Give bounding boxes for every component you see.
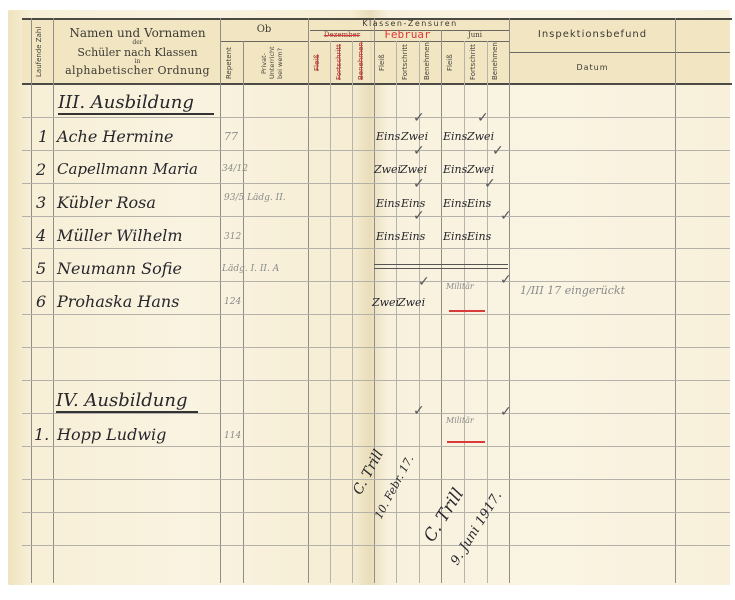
row-rule bbox=[22, 150, 730, 151]
ob-value: 114 bbox=[224, 431, 241, 441]
row-rule bbox=[22, 314, 730, 315]
grade-jun-fleiss: Eins bbox=[443, 230, 467, 243]
row-rule bbox=[22, 545, 730, 546]
militaer-note: Militär bbox=[446, 282, 474, 291]
col-line bbox=[243, 41, 244, 583]
col-line bbox=[396, 41, 397, 583]
grade-feb-fleiss: Zwei bbox=[374, 163, 401, 176]
check-icon: ✓ bbox=[418, 274, 430, 290]
header-jun-fleiss: Fleiß bbox=[446, 46, 460, 80]
row-rule bbox=[22, 248, 730, 249]
row-number: 4 bbox=[36, 226, 46, 245]
col-line bbox=[31, 18, 32, 583]
col-line bbox=[509, 18, 510, 583]
row-number: 3 bbox=[36, 193, 46, 212]
ob-value: Lädg. I. II. A bbox=[222, 264, 279, 274]
double-rule bbox=[374, 268, 508, 269]
col-line bbox=[308, 18, 309, 583]
row-rule bbox=[22, 347, 730, 348]
student-name: Müller Wilhelm bbox=[57, 226, 183, 245]
row-rule bbox=[22, 380, 730, 381]
check-icon: ✓ bbox=[477, 110, 489, 126]
militaer-note: Militär bbox=[446, 416, 474, 425]
row-number: 1. bbox=[34, 425, 49, 444]
header-dez-fleiss: Fleiß bbox=[313, 46, 327, 80]
header-ob: Ob bbox=[220, 25, 308, 36]
ob-value: 124 bbox=[224, 297, 241, 307]
grade-feb-fleiss: Eins bbox=[376, 130, 400, 143]
row-number: 6 bbox=[36, 292, 46, 311]
header-inspektionsbefund: Inspektionsbefund bbox=[510, 30, 675, 41]
grade-jun-fleiss: Eins bbox=[443, 130, 467, 143]
header-jun-fortschritt: Fortschritt bbox=[469, 46, 483, 80]
grade-feb-fortschritt: Zwei bbox=[401, 130, 428, 143]
header-laufende-zahl: Laufende Zahl bbox=[35, 24, 49, 80]
row-rule bbox=[22, 216, 730, 217]
header-dez-fortschritt: Fortschritt bbox=[335, 46, 349, 80]
red-underline bbox=[447, 441, 485, 443]
header-dez-benehmen: Benehmen bbox=[357, 46, 371, 80]
row-rule bbox=[22, 183, 730, 184]
grade-jun-fortschritt: Zwei bbox=[467, 130, 494, 143]
header-feb-benehmen: Benehmen bbox=[423, 46, 437, 80]
header-datum: Datum bbox=[510, 64, 675, 72]
header-month-februar-stamp: Februar bbox=[374, 29, 441, 41]
red-underline bbox=[449, 310, 485, 312]
ob-value: 34/12 bbox=[222, 164, 248, 174]
col-line bbox=[352, 41, 353, 583]
grade-feb-fleiss: Eins bbox=[376, 230, 400, 243]
double-rule bbox=[374, 264, 508, 265]
student-name: Ache Hermine bbox=[57, 127, 174, 146]
grade-feb-fortschritt: Zwei bbox=[400, 163, 427, 176]
row-rule bbox=[22, 479, 730, 480]
grade-jun-fleiss: Eins bbox=[443, 163, 467, 176]
row-rule bbox=[22, 281, 730, 282]
student-name: Kübler Rosa bbox=[57, 193, 156, 212]
grade-jun-fortschritt: Eins bbox=[467, 230, 491, 243]
student-name: Hopp Ludwig bbox=[57, 425, 166, 444]
row-rule bbox=[22, 446, 730, 447]
ob-value: 93/5 Lädg. II. bbox=[224, 193, 286, 203]
grade-jun-fortschritt: Zwei bbox=[467, 163, 494, 176]
check-icon: ✓ bbox=[492, 143, 504, 159]
grade-feb-fleiss: Zwei bbox=[372, 296, 399, 309]
section-title: III. Ausbildung bbox=[58, 92, 214, 115]
student-name: Neumann Sofie bbox=[57, 259, 182, 278]
header-names-line1: Namen und Vornamen bbox=[55, 27, 220, 40]
ob-rule bbox=[220, 41, 308, 42]
check-icon: ✓ bbox=[500, 272, 512, 288]
header-names-line3: alphabetischer Ordnung bbox=[55, 65, 220, 77]
check-icon: ✓ bbox=[500, 404, 512, 420]
check-icon: ✓ bbox=[500, 208, 512, 224]
student-name: Capellmann Maria bbox=[57, 160, 198, 178]
header-feb-fleiss: Fleiß bbox=[378, 46, 392, 80]
row-number: 2 bbox=[36, 160, 46, 179]
header-feb-fortschritt: Fortschritt bbox=[401, 46, 415, 80]
col-line bbox=[330, 41, 331, 583]
inspection-note: 1/III 17 eingerückt bbox=[520, 284, 625, 297]
check-icon: ✓ bbox=[484, 176, 496, 192]
header-month-dezember: Dezember bbox=[310, 32, 374, 39]
col-line bbox=[675, 18, 676, 583]
month-rule bbox=[310, 41, 510, 42]
row-number: 5 bbox=[36, 259, 46, 278]
row-number: 1 bbox=[38, 127, 48, 146]
ob-value: 77 bbox=[224, 130, 238, 143]
header-privat-unterricht: Privat-Unterricht bei wem? bbox=[260, 44, 290, 82]
col-line bbox=[53, 18, 54, 583]
header-bottom-rule bbox=[22, 83, 732, 85]
grade-jun-fortschritt: Eins bbox=[467, 197, 491, 210]
check-icon: ✓ bbox=[413, 143, 425, 159]
section-title: IV. Ausbildung bbox=[56, 390, 198, 413]
check-icon: ✓ bbox=[413, 176, 425, 192]
check-icon: ✓ bbox=[413, 110, 425, 126]
header-month-juni: Juni bbox=[441, 32, 509, 39]
check-icon: ✓ bbox=[413, 208, 425, 224]
student-name: Prohaska Hans bbox=[57, 292, 179, 311]
header-jun-benehmen: Benehmen bbox=[491, 46, 505, 80]
check-icon: ✓ bbox=[413, 403, 425, 419]
ob-value: 312 bbox=[224, 232, 241, 242]
grade-feb-fleiss: Eins bbox=[376, 197, 400, 210]
row-rule bbox=[22, 413, 730, 414]
grade-feb-fortschritt: Eins bbox=[401, 230, 425, 243]
inspektion-rule bbox=[510, 52, 730, 53]
col-line bbox=[220, 18, 221, 583]
header-repetent: Repetent bbox=[225, 46, 239, 80]
grade-jun-fleiss: Eins bbox=[443, 197, 467, 210]
grade-feb-fortschritt: Zwei bbox=[398, 296, 425, 309]
row-rule bbox=[22, 117, 730, 118]
header-names-line2: Schüler nach Klassen bbox=[55, 47, 220, 59]
